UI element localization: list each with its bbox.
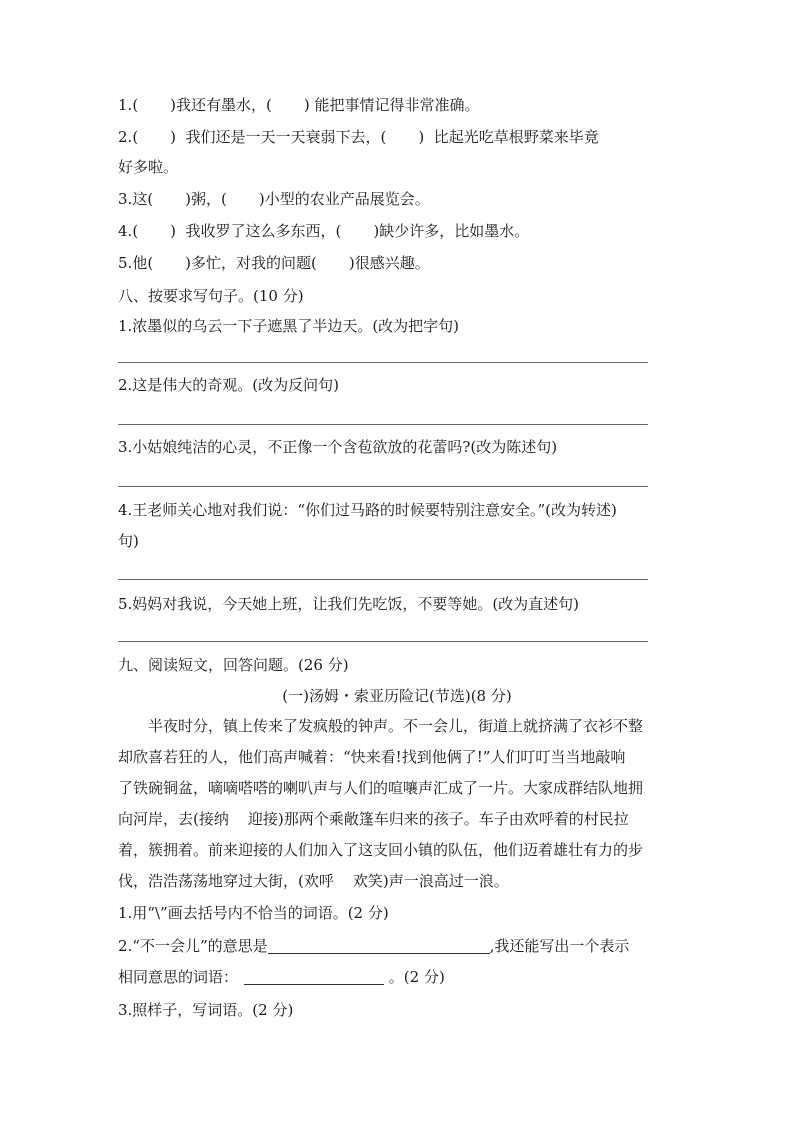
section-8-item-1: 1.浓墨似的乌云一下子遮黑了半边天。(改为把字句) <box>118 316 459 336</box>
section-8-item-5: 5.妈妈对我说，今天她上班，让我们先吃饭，不要等她。(改为直述句) <box>118 594 579 614</box>
answer-line[interactable] <box>118 362 648 363</box>
item-text: ( <box>132 128 138 146</box>
fill-in-item-2-continuation: 好多啦。 <box>118 157 178 177</box>
answer-underline[interactable] <box>244 968 384 985</box>
passage-line: 却欣喜若狂的人，他们高声喊着：“快来看!找到他俩了!”人们叮叮当当地敲响 <box>118 747 625 767</box>
fill-in-item-4: 4.() 我收罗了这么多东西，()缺少许多，比如墨水。 <box>118 221 529 241</box>
section-8-item-4: 4.王老师关心地对我们说：“你们过马路的时候要特别注意安全。”(改为转述) <box>118 500 617 520</box>
question-text: 相同意思的词语： <box>118 968 238 986</box>
section-8-item-3: 3.小姑娘纯洁的心灵，不正像一个含苞欲放的花蕾吗?(改为陈述句) <box>118 437 557 457</box>
question-2: 2.“不一会儿”的意思是,我还能写出一个表示 <box>118 936 629 956</box>
item-text: ) 我们还是一天一天衰弱下去，( <box>170 128 386 146</box>
item-text: ) 能把事情记得非常准确。 <box>304 96 480 114</box>
item-text: )多忙，对我的问题( <box>185 254 317 272</box>
passage-line: 了铁碗铜盆，嘀嘀嗒嗒的喇叭声与人们的喧嚷声汇成了一片。大家成群结队地拥 <box>118 778 643 798</box>
question-3: 3.照样子，写词语。(2 分) <box>118 1000 293 1020</box>
fill-in-item-3: 3.这()粥，()小型的农业产品展览会。 <box>118 189 430 209</box>
passage-title: (一)汤姆・索亚历险记(节选)(8 分) <box>118 686 676 706</box>
answer-line[interactable] <box>118 579 648 580</box>
item-text: )我还有墨水，( <box>170 96 272 114</box>
item-text: 他( <box>132 254 153 272</box>
item-text: )很感兴趣。 <box>349 254 430 272</box>
question-2-continuation: 相同意思的词语： 。(2 分) <box>118 967 445 987</box>
item-text: )粥，( <box>185 190 227 208</box>
item-number: 3. <box>118 190 132 208</box>
question-text: ,我还能写出一个表示 <box>490 937 630 955</box>
item-text: ( <box>132 96 138 114</box>
section-8-item-4-continuation: 句) <box>118 531 139 551</box>
answer-line[interactable] <box>118 641 648 642</box>
item-text: )小型的农业产品展览会。 <box>259 190 430 208</box>
item-text: ) 比起光吃草根野菜来毕竟 <box>418 128 598 146</box>
answer-line[interactable] <box>118 424 648 425</box>
passage-line: 向河岸，去(接纳 迎接)那两个乘敞篷车归来的孩子。车子由欢呼着的村民拉 <box>118 809 629 829</box>
section-9-heading: 九、阅读短文，回答问题。(26 分) <box>118 655 349 675</box>
question-text: 2.“不一会儿”的意思是 <box>118 937 268 955</box>
question-text: 。(2 分) <box>384 968 445 986</box>
item-number: 1. <box>118 96 132 114</box>
item-number: 4. <box>118 222 132 240</box>
item-number: 2. <box>118 128 132 146</box>
item-text: ) 我收罗了这么多东西，( <box>170 222 341 240</box>
fill-in-item-1: 1.()我还有墨水，() 能把事情记得非常准确。 <box>118 95 480 115</box>
item-text: 这( <box>132 190 153 208</box>
section-8-item-2: 2.这是伟大的奇观。(改为反问句) <box>118 375 339 395</box>
question-1: 1.用“\”画去括号内不恰当的词语。(2 分) <box>118 903 389 923</box>
item-number: 5. <box>118 254 132 272</box>
item-text: )缺少许多，比如墨水。 <box>373 222 529 240</box>
fill-in-item-2: 2.() 我们还是一天一天衰弱下去，() 比起光吃草根野菜来毕竟 <box>118 127 599 147</box>
item-text: ( <box>132 222 138 240</box>
passage-line: 着，簇拥着。前来迎接的人们加入了这支回小镇的队伍，他们迈着雄壮有力的步 <box>118 840 643 860</box>
answer-line[interactable] <box>118 486 648 487</box>
fill-in-item-5: 5.他()多忙，对我的问题()很感兴趣。 <box>118 253 430 273</box>
answer-underline[interactable] <box>268 937 490 954</box>
passage-line: 伐，浩浩荡荡地穿过大街，(欢呼 欢笑)声一浪高过一浪。 <box>118 871 509 891</box>
section-8-heading: 八、按要求写句子。(10 分) <box>118 286 304 306</box>
passage-line: 半夜时分，镇上传来了发疯般的钟声。不一会儿，街道上就挤满了衣衫不整 <box>118 716 643 736</box>
